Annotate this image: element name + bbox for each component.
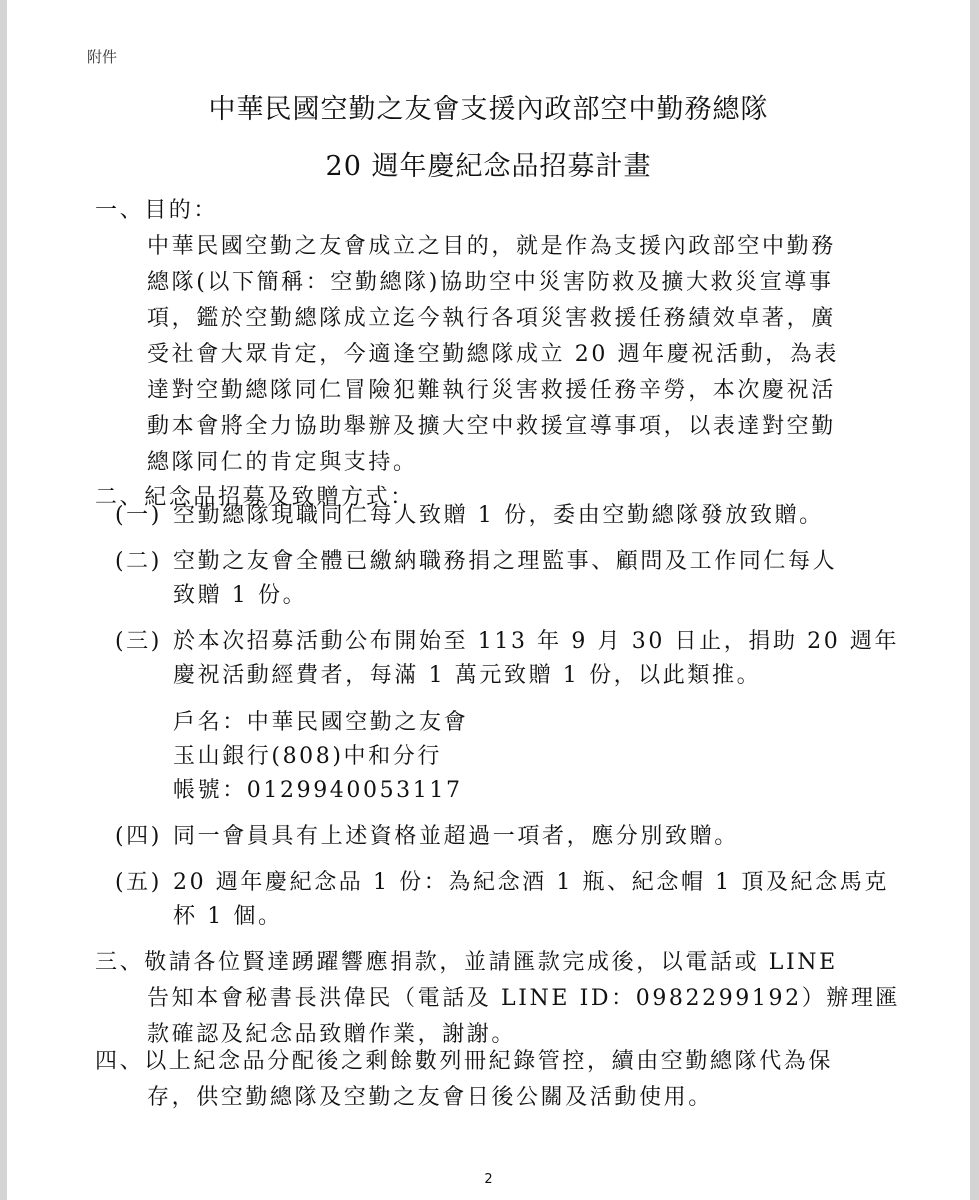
bank-branch: 玉山銀行(808)中和分行: [173, 739, 442, 770]
attachment-label: 附件: [87, 46, 117, 67]
item-2-line: 空勤之友會全體已繳納職務捐之理監事、顧問及工作同仁每人: [173, 544, 837, 575]
document-title-line1: 中華民國空勤之友會支援內政部空中勤務總隊: [7, 87, 970, 126]
item-marker: (四): [115, 819, 162, 850]
section-1-line: 項，鑑於空勤總隊成立迄今執行各項災害救援任務績效卓著，廣: [147, 301, 836, 332]
item-5-line: 杯 1 個。: [173, 899, 283, 930]
section-4-line: 存，供空勤總隊及空勤之友會日後公關及活動使用。: [147, 1080, 713, 1111]
section-1-line: 達對空勤總隊同仁冒險犯難執行災害救援任務辛勞，本次慶祝活: [147, 373, 836, 404]
section-1-line: 動本會將全力協助舉辦及擴大空中救援宣導事項，以表達對空勤: [147, 409, 836, 440]
item-5-line: 20 週年慶紀念品 1 份：為紀念酒 1 瓶、紀念帽 1 頂及紀念馬克: [173, 865, 889, 896]
section-1-line: 總隊同仁的肯定與支持。: [147, 445, 418, 476]
section-3-line: 告知本會秘書長洪偉民（電話及 LINE ID：0982299192）辦理匯: [147, 981, 900, 1012]
page-number: 2: [7, 1172, 970, 1187]
section-1-line: 中華民國空勤之友會成立之目的，就是作為支援內政部空中勤務: [147, 229, 836, 260]
bank-account-name: 戶名：中華民國空勤之友會: [173, 705, 468, 736]
section-1-heading: 一、目的：: [95, 193, 218, 224]
section-4-line: 四、以上紀念品分配後之剩餘數列冊紀錄管控，續由空勤總隊代為保: [95, 1044, 833, 1075]
item-4-line: 同一會員具有上述資格並超過一項者，應分別致贈。: [173, 819, 739, 850]
item-1-line: 空勤總隊現職同仁每人致贈 1 份，委由空勤總隊發放致贈。: [173, 498, 824, 529]
section-1-line: 總隊(以下簡稱：空勤總隊)協助空中災害防救及擴大救災宣導事: [147, 265, 834, 296]
item-marker: (三): [115, 624, 162, 655]
document-page: 附件 中華民國空勤之友會支援內政部空中勤務總隊 20 週年慶紀念品招募計畫 一、…: [7, 0, 970, 1200]
item-3-line: 慶祝活動經費者，每滿 1 萬元致贈 1 份，以此類推。: [173, 658, 761, 689]
item-3-line: 於本次招募活動公布開始至 113 年 9 月 30 日止，捐助 20 週年: [173, 624, 899, 655]
document-title-line2: 20 週年慶紀念品招募計畫: [7, 144, 970, 183]
item-2-line: 致贈 1 份。: [173, 578, 307, 609]
bank-account-number: 帳號：0129940053117: [173, 773, 463, 804]
section-1-line: 受社會大眾肯定，今適逢空勤總隊成立 20 週年慶祝活動，為表: [147, 337, 839, 368]
item-marker: (一): [115, 498, 162, 529]
section-3-line: 三、敬請各位賢達踴躍響應捐款，並請匯款完成後，以電話或 LINE: [95, 945, 838, 976]
item-marker: (二): [115, 544, 162, 575]
item-marker: (五): [115, 865, 162, 896]
